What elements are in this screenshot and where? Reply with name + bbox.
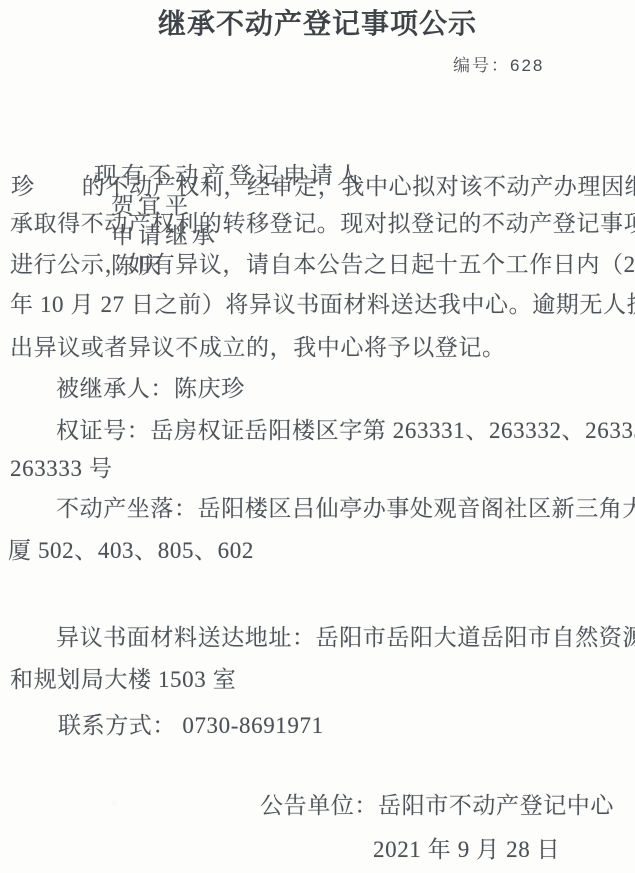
objection-address-line-2: 和规划局大楼 1503 室 — [10, 665, 236, 695]
body-line: 进行公示，如有异议，请自本公告之日起十五个工作日内（2021 — [10, 250, 635, 280]
location-line-2: 厦 502、403、805、602 — [8, 536, 254, 566]
announcing-unit-line: 公告单位：岳阳市不动产登记中心 — [260, 791, 614, 821]
body-line: 珍 的不动产权利，经审定，我中心拟对该不动产办理因继 — [11, 172, 635, 202]
document-title: 继承不动产登记事项公示 — [0, 2, 635, 42]
body-line: 年 10 月 27 日之前）将异议书面材料送达我中心。逾期无人提 — [10, 290, 635, 320]
body-line: 承取得不动产权利的转移登记。现对拟登记的不动产登记事项 — [10, 209, 635, 239]
certificate-line-2: 263333 号 — [10, 454, 113, 484]
decedent-line: 被继承人：陈庆珍 — [56, 374, 245, 404]
notice-document: 继承不动产登记事项公示 编号：628 现有不动产登记申请人 贺宜平 申请继承 陈… — [0, 0, 635, 873]
body-line: 出异议或者异议不成立的，我中心将予以登记。 — [10, 333, 506, 363]
announce-date-line: 2021 年 9 月 28 日 — [373, 835, 560, 865]
certificate-line-1: 权证号：岳房权证岳阳楼区字第 263331、263332、263334、 — [56, 416, 635, 446]
document-number: 编号：628 — [453, 51, 544, 76]
contact-line: 联系方式： 0730-8691971 — [58, 711, 324, 741]
objection-address-line-1: 异议书面材料送达地址：岳阳市岳阳大道岳阳市自然资源 — [56, 623, 635, 653]
location-line-1: 不动产坐落：岳阳楼区吕仙亭办事处观音阁社区新三角大 — [56, 494, 635, 524]
